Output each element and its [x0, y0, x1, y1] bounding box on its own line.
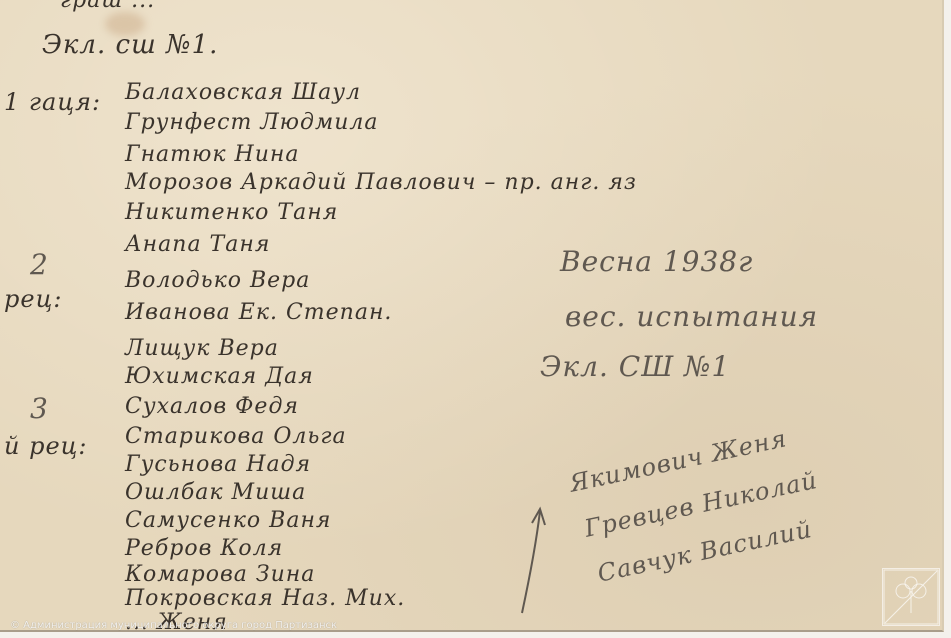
group-3-label: й рец:: [4, 432, 87, 460]
name-item: Морозов Аркадий Павлович – пр. анг. яз: [125, 170, 637, 195]
cut-off-text: граш ...: [60, 0, 155, 13]
note-exams: вес. испытания: [565, 300, 818, 333]
name-item: Юхимская Дая: [125, 364, 314, 389]
name-item: Володько Вера: [125, 268, 310, 293]
name-item: Никитенко Таня: [125, 200, 338, 225]
arrow-up-icon: [518, 505, 548, 615]
copyright-watermark: © Администрация муниципального округа го…: [10, 620, 337, 631]
group-1-label: 1 гаця:: [4, 88, 101, 116]
name-item: Сухалов Федя: [125, 394, 299, 419]
name-item: Ошлбак Миша: [125, 480, 306, 505]
name-item: Покровская Наз. Мих.: [125, 586, 405, 611]
name-item: Анапа Таня: [125, 232, 270, 257]
name-item: Гнатюк Нина: [125, 142, 300, 167]
group-2-number: 2: [30, 248, 49, 281]
emblem-logo-icon: [882, 568, 940, 626]
document-heading: Экл. сш №1.: [42, 30, 218, 60]
name-item: Самусенко Ваня: [125, 508, 332, 533]
group-2-label: рец:: [4, 285, 62, 313]
name-item: Ребров Коля: [125, 536, 283, 561]
name-item: Лищук Вера: [125, 336, 279, 361]
archival-document: граш ... Экл. сш №1. 1 гаця: Балаховская…: [0, 0, 944, 632]
note-season-year: Весна 1938г: [560, 245, 753, 278]
name-item: Балаховская Шаул: [125, 80, 361, 105]
name-item: Гусьнова Надя: [125, 452, 311, 477]
name-item: Комарова Зина: [125, 562, 315, 587]
name-item: Иванова Ек. Степан.: [125, 300, 392, 325]
note-school: Экл. СШ №1: [540, 350, 730, 383]
group-3-number: 3: [30, 392, 49, 425]
name-item: Грунфест Людмила: [125, 110, 379, 135]
name-item: Старикова Ольга: [125, 424, 347, 449]
